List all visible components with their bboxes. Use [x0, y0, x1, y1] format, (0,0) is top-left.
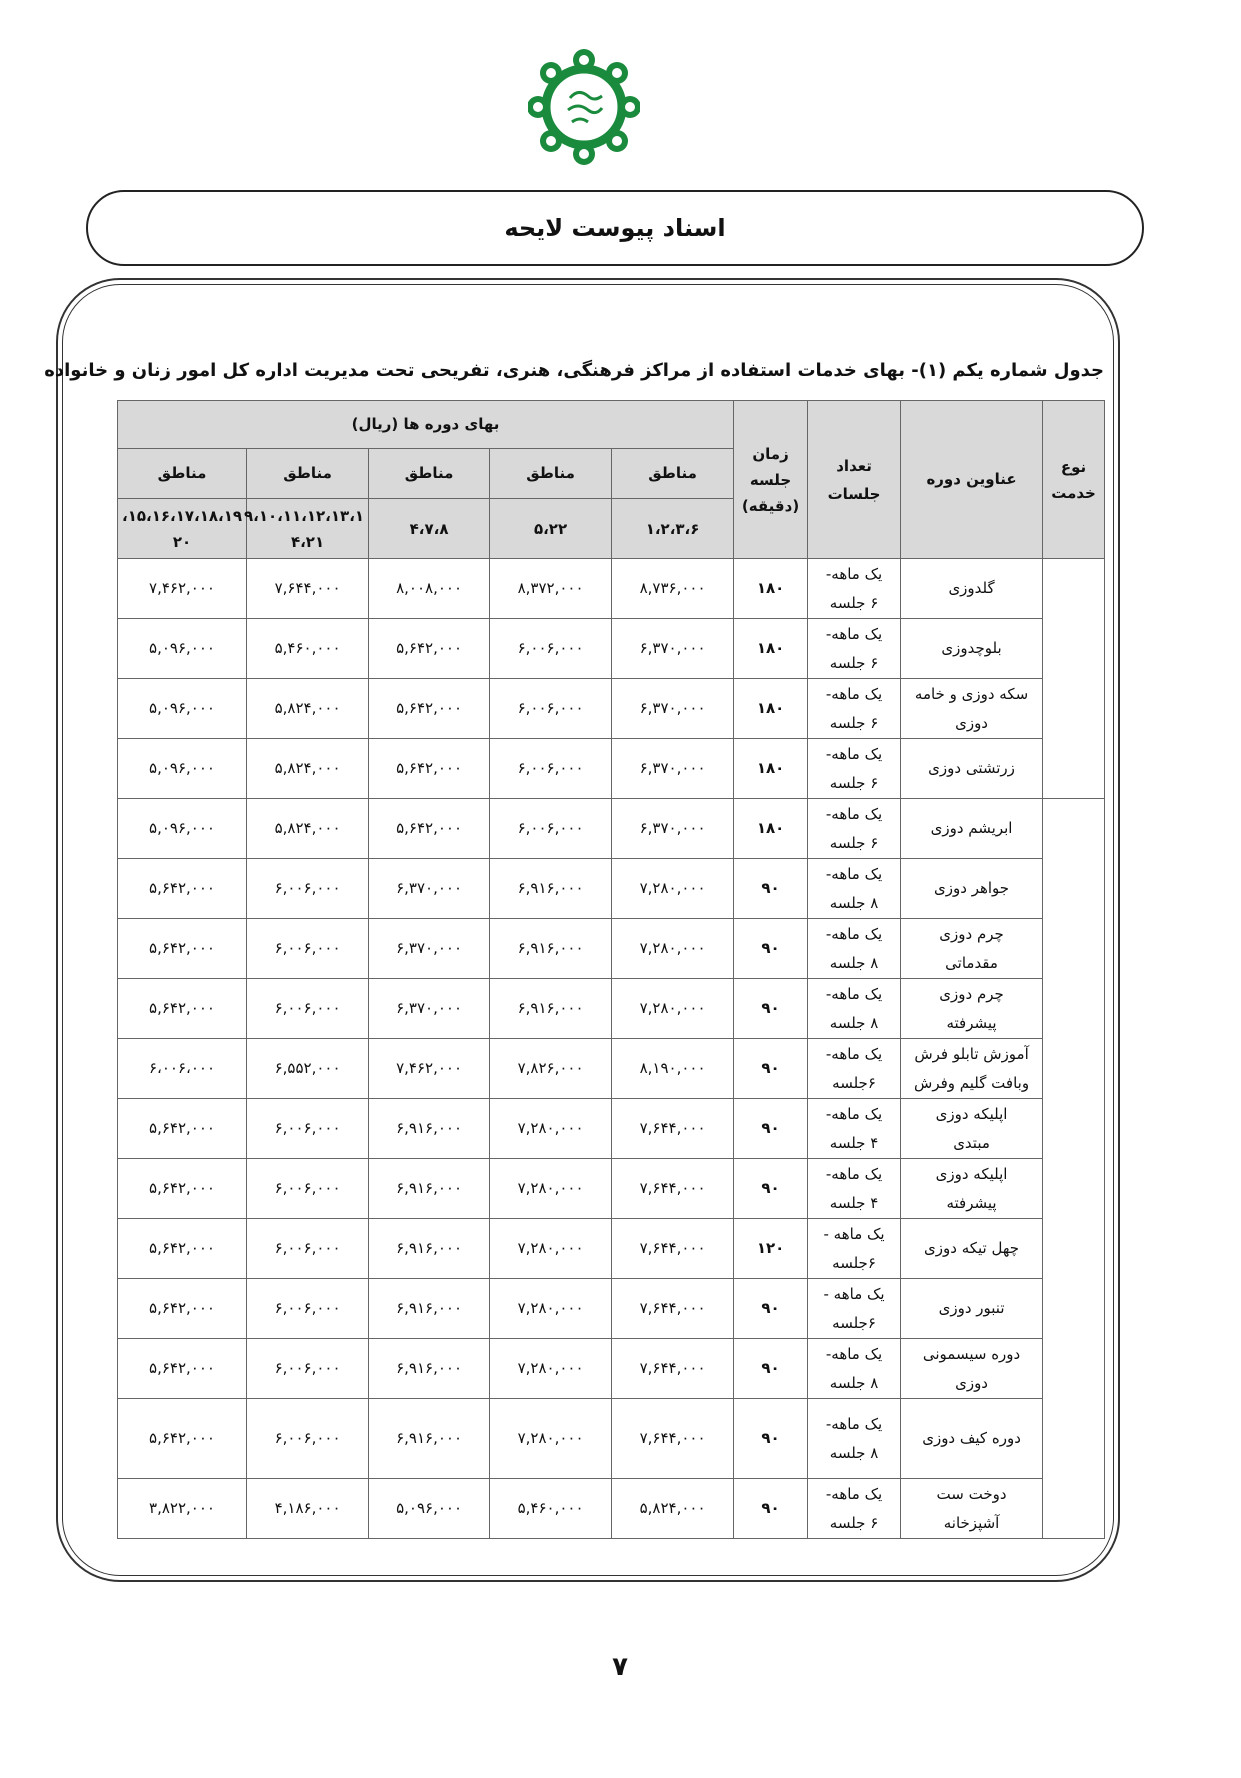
- price-cell-zone-group-4-line: ۶,۰۰۶,۰۰۰: [251, 874, 364, 903]
- price-cell-zone-group-1: ۶,۳۷۰,۰۰۰: [612, 619, 734, 679]
- price-cell-zone-group-3-line: ۶,۹۱۶,۰۰۰: [373, 1294, 485, 1323]
- course-title-cell-line: وبافت گلیم وفرش: [905, 1069, 1038, 1098]
- price-cell-zone-group-5-line: ۵,۶۴۲,۰۰۰: [122, 1234, 242, 1263]
- session-minutes-cell: ۹۰: [734, 979, 808, 1039]
- sessions-cell-line: یک ماهه-: [812, 1040, 896, 1069]
- price-cell-zone-group-4-line: ۵,۴۶۰,۰۰۰: [251, 634, 364, 663]
- price-cell-zone-group-5: ۶،۰۰۶،۰۰۰: [118, 1039, 247, 1099]
- sessions-cell: یک ماهه-۶جلسه: [808, 1039, 901, 1099]
- price-cell-zone-group-3-line: ۶,۹۱۶,۰۰۰: [373, 1174, 485, 1203]
- session-minutes-cell-line: ۹۰: [738, 994, 803, 1023]
- price-cell-zone-group-3: ۶,۳۷۰,۰۰۰: [369, 859, 490, 919]
- price-cell-zone-group-4: ۴,۱۸۶,۰۰۰: [247, 1479, 369, 1539]
- price-cell-zone-group-4: ۶,۰۰۶,۰۰۰: [247, 859, 369, 919]
- price-cell-zone-group-5-line: ۳,۸۲۲,۰۰۰: [122, 1494, 242, 1523]
- price-cell-zone-group-4: ۶,۰۰۶,۰۰۰: [247, 1159, 369, 1219]
- price-cell-zone-group-1-line: ۸,۱۹۰,۰۰۰: [616, 1054, 729, 1083]
- course-title-cell: تنبور دوزی: [901, 1279, 1043, 1339]
- session-minutes-cell: ۹۰: [734, 1479, 808, 1539]
- course-title-cell-line: ابریشم دوزی: [905, 814, 1038, 843]
- price-cell-zone-group-4: ۵,۸۲۴,۰۰۰: [247, 739, 369, 799]
- table-row: چهل تیکه دوزییک ماهه -۶جلسه۱۲۰۷,۶۴۴,۰۰۰۷…: [118, 1219, 1105, 1279]
- price-cell-zone-group-2: ۷,۲۸۰,۰۰۰: [490, 1099, 612, 1159]
- course-title-cell-line: چرم دوزی: [905, 980, 1038, 1009]
- table-row: چرم دوزیپیشرفتهیک ماهه-۸ جلسه۹۰۷,۲۸۰,۰۰۰…: [118, 979, 1105, 1039]
- price-cell-zone-group-4: ۶,۵۵۲,۰۰۰: [247, 1039, 369, 1099]
- price-cell-zone-group-3: ۶,۳۷۰,۰۰۰: [369, 919, 490, 979]
- sessions-cell: یک ماهه-۸ جلسه: [808, 979, 901, 1039]
- sessions-cell-line: یک ماهه-: [812, 980, 896, 1009]
- session-minutes-cell: ۱۲۰: [734, 1219, 808, 1279]
- price-cell-zone-group-1-line: ۷,۲۸۰,۰۰۰: [616, 994, 729, 1023]
- sessions-cell: یک ماهه -۶جلسه: [808, 1219, 901, 1279]
- session-minutes-cell-line: ۱۸۰: [738, 814, 803, 843]
- sessions-cell-line: یک ماهه-: [812, 860, 896, 889]
- session-minutes-cell-line: ۹۰: [738, 1054, 803, 1083]
- price-cell-zone-group-3-line: ۶,۳۷۰,۰۰۰: [373, 934, 485, 963]
- header-zone-group-1: ۱،۲،۳،۶: [612, 499, 734, 559]
- price-cell-zone-group-2-line: ۷,۲۸۰,۰۰۰: [494, 1174, 607, 1203]
- course-title-cell: ابریشم دوزی: [901, 799, 1043, 859]
- sessions-cell-line: ۸ جلسه: [812, 1009, 896, 1038]
- price-cell-zone-group-1: ۷,۶۴۴,۰۰۰: [612, 1219, 734, 1279]
- price-cell-zone-group-2-line: ۶,۹۱۶,۰۰۰: [494, 994, 607, 1023]
- sessions-cell: یک ماهه-۸ جلسه: [808, 1399, 901, 1479]
- zone-group-line: ۱۵،۱۶،۱۷،۱۸،۱۹،: [122, 503, 242, 529]
- course-title-cell: چهل تیکه دوزی: [901, 1219, 1043, 1279]
- table-row: سکه دوزی و خامهدوزییک ماهه-۶ جلسه۱۸۰۶,۳۷…: [118, 679, 1105, 739]
- price-cell-zone-group-2: ۶,۹۱۶,۰۰۰: [490, 859, 612, 919]
- page-number: ۷: [600, 1652, 640, 1682]
- price-cell-zone-group-3: ۶,۹۱۶,۰۰۰: [369, 1399, 490, 1479]
- price-cell-zone-group-3: ۵,۶۴۲,۰۰۰: [369, 619, 490, 679]
- price-cell-zone-group-5-line: ۵,۶۴۲,۰۰۰: [122, 1424, 242, 1453]
- sessions-cell: یک ماهه-۶ جلسه: [808, 619, 901, 679]
- session-minutes-cell-line: ۹۰: [738, 874, 803, 903]
- header-zone-group-2: ۵،۲۲: [490, 499, 612, 559]
- price-cell-zone-group-2: ۸,۳۷۲,۰۰۰: [490, 559, 612, 619]
- table-row: دوره سیسمونیدوزییک ماهه-۸ جلسه۹۰۷,۶۴۴,۰۰…: [118, 1339, 1105, 1399]
- price-cell-zone-group-1: ۵,۸۲۴,۰۰۰: [612, 1479, 734, 1539]
- price-cell-zone-group-2: ۶,۰۰۶,۰۰۰: [490, 619, 612, 679]
- price-cell-zone-group-4: ۵,۴۶۰,۰۰۰: [247, 619, 369, 679]
- price-cell-zone-group-2: ۶,۰۰۶,۰۰۰: [490, 679, 612, 739]
- sessions-cell-line: ۶ جلسه: [812, 769, 896, 798]
- course-title-cell: زرتشتی دوزی: [901, 739, 1043, 799]
- price-cell-zone-group-4: ۶,۰۰۶,۰۰۰: [247, 1339, 369, 1399]
- header-zones-2: مناطق: [490, 449, 612, 499]
- session-minutes-cell: ۹۰: [734, 1399, 808, 1479]
- header-course-title: عناوین دوره: [901, 401, 1043, 559]
- price-cell-zone-group-4: ۵,۸۲۴,۰۰۰: [247, 799, 369, 859]
- sessions-cell-line: ۴ جلسه: [812, 1189, 896, 1218]
- price-cell-zone-group-4-line: ۶,۰۰۶,۰۰۰: [251, 1234, 364, 1263]
- sessions-cell-line: ۸ جلسه: [812, 889, 896, 918]
- price-cell-zone-group-2-line: ۸,۳۷۲,۰۰۰: [494, 574, 607, 603]
- session-minutes-cell: ۱۸۰: [734, 739, 808, 799]
- price-cell-zone-group-5-line: ۷,۴۶۲,۰۰۰: [122, 574, 242, 603]
- course-title-cell-line: پیشرفته: [905, 1009, 1038, 1038]
- price-cell-zone-group-4: ۶,۰۰۶,۰۰۰: [247, 1279, 369, 1339]
- price-cell-zone-group-1-line: ۷,۶۴۴,۰۰۰: [616, 1424, 729, 1453]
- price-cell-zone-group-1: ۷,۶۴۴,۰۰۰: [612, 1279, 734, 1339]
- header-zones-5: مناطق: [118, 449, 247, 499]
- price-cell-zone-group-5-line: ۵,۰۹۶,۰۰۰: [122, 754, 242, 783]
- sessions-cell-line: ۶ جلسه: [812, 649, 896, 678]
- sessions-cell: یک ماهه-۶ جلسه: [808, 739, 901, 799]
- sessions-cell-line: یک ماهه-: [812, 680, 896, 709]
- price-cell-zone-group-3: ۶,۹۱۶,۰۰۰: [369, 1339, 490, 1399]
- table-row: اپلیکه دوزیپیشرفتهیک ماهه-۴ جلسه۹۰۷,۶۴۴,…: [118, 1159, 1105, 1219]
- course-title-cell: سکه دوزی و خامهدوزی: [901, 679, 1043, 739]
- session-minutes-cell-line: ۱۸۰: [738, 694, 803, 723]
- price-cell-zone-group-5-line: ۵,۶۴۲,۰۰۰: [122, 994, 242, 1023]
- price-cell-zone-group-5: ۳,۸۲۲,۰۰۰: [118, 1479, 247, 1539]
- table-row: آموزش تابلو فرشوبافت گلیم وفرشیک ماهه-۶ج…: [118, 1039, 1105, 1099]
- sessions-cell-line: ۸ جلسه: [812, 1439, 896, 1468]
- service-type-cell: [1043, 559, 1105, 799]
- course-title-cell-line: دوزی: [905, 1369, 1038, 1398]
- price-cell-zone-group-1-line: ۷,۲۸۰,۰۰۰: [616, 874, 729, 903]
- header-price-group: بهای دوره ها (ریال): [118, 401, 734, 449]
- price-cell-zone-group-5: ۵,۶۴۲,۰۰۰: [118, 1099, 247, 1159]
- price-cell-zone-group-5: ۵,۶۴۲,۰۰۰: [118, 1339, 247, 1399]
- price-cell-zone-group-2-line: ۶,۰۰۶,۰۰۰: [494, 814, 607, 843]
- price-cell-zone-group-4: ۶,۰۰۶,۰۰۰: [247, 1099, 369, 1159]
- zone-group-line: ۴،۲۱: [251, 529, 364, 555]
- course-title-cell: آموزش تابلو فرشوبافت گلیم وفرش: [901, 1039, 1043, 1099]
- price-cell-zone-group-5: ۵,۶۴۲,۰۰۰: [118, 1159, 247, 1219]
- price-cell-zone-group-4: ۶,۰۰۶,۰۰۰: [247, 979, 369, 1039]
- price-cell-zone-group-3: ۶,۳۷۰,۰۰۰: [369, 979, 490, 1039]
- course-title-cell-line: آموزش تابلو فرش: [905, 1040, 1038, 1069]
- price-cell-zone-group-2: ۶,۰۰۶,۰۰۰: [490, 739, 612, 799]
- course-title-cell-line: جواهر دوزی: [905, 874, 1038, 903]
- price-cell-zone-group-5-line: ۶،۰۰۶،۰۰۰: [122, 1054, 242, 1083]
- price-cell-zone-group-2-line: ۶,۰۰۶,۰۰۰: [494, 634, 607, 663]
- sessions-cell-line: یک ماهه-: [812, 1100, 896, 1129]
- price-cell-zone-group-2-line: ۵,۴۶۰,۰۰۰: [494, 1494, 607, 1523]
- zone-group-line: ۵،۲۲: [494, 516, 607, 542]
- price-cell-zone-group-1: ۷,۶۴۴,۰۰۰: [612, 1099, 734, 1159]
- course-title-cell-line: دوره کیف دوزی: [905, 1424, 1038, 1453]
- price-cell-zone-group-4-line: ۶,۰۰۶,۰۰۰: [251, 1114, 364, 1143]
- price-cell-zone-group-4-line: ۶,۵۵۲,۰۰۰: [251, 1054, 364, 1083]
- header-zone-group-5: ۱۵،۱۶،۱۷،۱۸،۱۹،۲۰: [118, 499, 247, 559]
- session-minutes-cell: ۱۸۰: [734, 799, 808, 859]
- price-cell-zone-group-2: ۷,۲۸۰,۰۰۰: [490, 1279, 612, 1339]
- price-cell-zone-group-2: ۶,۹۱۶,۰۰۰: [490, 919, 612, 979]
- sessions-cell-line: ۶جلسه: [812, 1309, 896, 1338]
- price-cell-zone-group-1: ۷,۲۸۰,۰۰۰: [612, 979, 734, 1039]
- sessions-cell-line: یک ماهه-: [812, 1480, 896, 1509]
- session-minutes-cell-line: ۱۸۰: [738, 754, 803, 783]
- price-cell-zone-group-3-line: ۵,۶۴۲,۰۰۰: [373, 634, 485, 663]
- course-title-cell: اپلیکه دوزیپیشرفته: [901, 1159, 1043, 1219]
- price-cell-zone-group-1-line: ۶,۳۷۰,۰۰۰: [616, 754, 729, 783]
- sessions-cell: یک ماهه-۴ جلسه: [808, 1159, 901, 1219]
- sessions-cell-line: یک ماهه-: [812, 1340, 896, 1369]
- price-cell-zone-group-3-line: ۶,۳۷۰,۰۰۰: [373, 874, 485, 903]
- course-title-cell-line: اپلیکه دوزی: [905, 1160, 1038, 1189]
- price-cell-zone-group-2-line: ۷,۸۲۶,۰۰۰: [494, 1054, 607, 1083]
- session-minutes-cell-line: ۹۰: [738, 1114, 803, 1143]
- price-cell-zone-group-2-line: ۷,۲۸۰,۰۰۰: [494, 1294, 607, 1323]
- price-cell-zone-group-4-line: ۶,۰۰۶,۰۰۰: [251, 994, 364, 1023]
- price-cell-zone-group-4-line: ۶,۰۰۶,۰۰۰: [251, 1174, 364, 1203]
- course-title-cell-line: زرتشتی دوزی: [905, 754, 1038, 783]
- price-cell-zone-group-4-line: ۶,۰۰۶,۰۰۰: [251, 1294, 364, 1323]
- sessions-cell-line: ۸ جلسه: [812, 949, 896, 978]
- table-row: اپلیکه دوزیمبتدییک ماهه-۴ جلسه۹۰۷,۶۴۴,۰۰…: [118, 1099, 1105, 1159]
- sessions-cell: یک ماهه-۸ جلسه: [808, 859, 901, 919]
- price-cell-zone-group-1-line: ۶,۳۷۰,۰۰۰: [616, 814, 729, 843]
- course-title-cell: دوره کیف دوزی: [901, 1399, 1043, 1479]
- price-cell-zone-group-2-line: ۶,۹۱۶,۰۰۰: [494, 934, 607, 963]
- price-cell-zone-group-3-line: ۶,۹۱۶,۰۰۰: [373, 1114, 485, 1143]
- price-cell-zone-group-3-line: ۶,۹۱۶,۰۰۰: [373, 1354, 485, 1383]
- price-cell-zone-group-5-line: ۵,۰۹۶,۰۰۰: [122, 694, 242, 723]
- sessions-cell: یک ماهه-۶ جلسه: [808, 1479, 901, 1539]
- price-cell-zone-group-4: ۶,۰۰۶,۰۰۰: [247, 919, 369, 979]
- price-cell-zone-group-3: ۵,۰۹۶,۰۰۰: [369, 1479, 490, 1539]
- sessions-cell-line: ۶ جلسه: [812, 709, 896, 738]
- price-cell-zone-group-2: ۷,۲۸۰,۰۰۰: [490, 1159, 612, 1219]
- price-cell-zone-group-5: ۵,۶۴۲,۰۰۰: [118, 859, 247, 919]
- price-cell-zone-group-3: ۶,۹۱۶,۰۰۰: [369, 1099, 490, 1159]
- course-title-cell: دوره سیسمونیدوزی: [901, 1339, 1043, 1399]
- session-minutes-cell-line: ۹۰: [738, 1424, 803, 1453]
- sessions-cell: یک ماهه -۶جلسه: [808, 1279, 901, 1339]
- header-zone-group-4: ۹،۱۰،۱۱،۱۲،۱۳،۱۴،۲۱: [247, 499, 369, 559]
- course-title-cell: چرم دوزیپیشرفته: [901, 979, 1043, 1039]
- session-minutes-cell-line: ۹۰: [738, 934, 803, 963]
- sessions-cell-line: ۶جلسه: [812, 1069, 896, 1098]
- service-type-cell: [1043, 799, 1105, 1539]
- course-title-cell: جواهر دوزی: [901, 859, 1043, 919]
- price-cell-zone-group-4-line: ۷,۶۴۴,۰۰۰: [251, 574, 364, 603]
- table-row: تنبور دوزییک ماهه -۶جلسه۹۰۷,۶۴۴,۰۰۰۷,۲۸۰…: [118, 1279, 1105, 1339]
- table-row: چرم دوزیمقدماتییک ماهه-۸ جلسه۹۰۷,۲۸۰,۰۰۰…: [118, 919, 1105, 979]
- price-cell-zone-group-3-line: ۶,۳۷۰,۰۰۰: [373, 994, 485, 1023]
- sessions-cell-line: ۶ جلسه: [812, 829, 896, 858]
- price-cell-zone-group-5: ۵,۰۹۶,۰۰۰: [118, 619, 247, 679]
- session-minutes-cell-line: ۹۰: [738, 1174, 803, 1203]
- course-title-cell-line: آشپزخانه: [905, 1509, 1038, 1538]
- price-cell-zone-group-5-line: ۵,۶۴۲,۰۰۰: [122, 1114, 242, 1143]
- session-minutes-cell-line: ۱۸۰: [738, 574, 803, 603]
- price-cell-zone-group-3: ۶,۹۱۶,۰۰۰: [369, 1219, 490, 1279]
- price-cell-zone-group-2-line: ۶,۰۰۶,۰۰۰: [494, 694, 607, 723]
- header-zones-3: مناطق: [369, 449, 490, 499]
- price-cell-zone-group-5-line: ۵,۶۴۲,۰۰۰: [122, 1354, 242, 1383]
- session-minutes-cell: ۹۰: [734, 1339, 808, 1399]
- price-cell-zone-group-5: ۷,۴۶۲,۰۰۰: [118, 559, 247, 619]
- price-cell-zone-group-5: ۵,۰۹۶,۰۰۰: [118, 739, 247, 799]
- session-minutes-cell: ۱۸۰: [734, 619, 808, 679]
- price-cell-zone-group-2-line: ۷,۲۸۰,۰۰۰: [494, 1354, 607, 1383]
- price-cell-zone-group-3-line: ۵,۶۴۲,۰۰۰: [373, 694, 485, 723]
- sessions-cell: یک ماهه-۸ جلسه: [808, 1339, 901, 1399]
- sessions-cell-line: یک ماهه-: [812, 740, 896, 769]
- course-title-cell: اپلیکه دوزیمبتدی: [901, 1099, 1043, 1159]
- price-cell-zone-group-4: ۶,۰۰۶,۰۰۰: [247, 1219, 369, 1279]
- price-cell-zone-group-2: ۶,۰۰۶,۰۰۰: [490, 799, 612, 859]
- price-cell-zone-group-4: ۷,۶۴۴,۰۰۰: [247, 559, 369, 619]
- price-cell-zone-group-1-line: ۶,۳۷۰,۰۰۰: [616, 634, 729, 663]
- sessions-cell-line: یک ماهه-: [812, 920, 896, 949]
- sessions-cell-line: ۶جلسه: [812, 1249, 896, 1278]
- price-cell-zone-group-1: ۶,۳۷۰,۰۰۰: [612, 799, 734, 859]
- course-title-cell-line: دوره سیسمونی: [905, 1340, 1038, 1369]
- session-minutes-cell: ۱۸۰: [734, 559, 808, 619]
- course-title-cell-line: بلوچدوزی: [905, 634, 1038, 663]
- price-cell-zone-group-1-line: ۷,۲۸۰,۰۰۰: [616, 934, 729, 963]
- price-cell-zone-group-3-line: ۸,۰۰۸,۰۰۰: [373, 574, 485, 603]
- price-cell-zone-group-4-line: ۴,۱۸۶,۰۰۰: [251, 1494, 364, 1523]
- price-cell-zone-group-1: ۷,۲۸۰,۰۰۰: [612, 919, 734, 979]
- sessions-cell-line: یک ماهه-: [812, 560, 896, 589]
- header-session-time: زمان جلسه (دقیقه): [734, 401, 808, 559]
- zone-group-line: ۱،۲،۳،۶: [616, 516, 729, 542]
- session-minutes-cell: ۱۸۰: [734, 679, 808, 739]
- course-title-cell-line: تنبور دوزی: [905, 1294, 1038, 1323]
- price-cell-zone-group-4-line: ۵,۸۲۴,۰۰۰: [251, 694, 364, 723]
- course-title-cell-line: مبتدی: [905, 1129, 1038, 1158]
- price-cell-zone-group-3: ۷,۴۶۲,۰۰۰: [369, 1039, 490, 1099]
- course-title-cell-line: چرم دوزی: [905, 920, 1038, 949]
- course-title-cell-line: گلدوزی: [905, 574, 1038, 603]
- price-cell-zone-group-1: ۶,۳۷۰,۰۰۰: [612, 739, 734, 799]
- session-minutes-cell: ۹۰: [734, 919, 808, 979]
- price-cell-zone-group-2-line: ۷,۲۸۰,۰۰۰: [494, 1234, 607, 1263]
- price-cell-zone-group-3-line: ۶,۹۱۶,۰۰۰: [373, 1234, 485, 1263]
- sessions-cell-line: یک ماهه-: [812, 620, 896, 649]
- sessions-cell-line: ۸ جلسه: [812, 1369, 896, 1398]
- course-title-cell: دوخت ستآشپزخانه: [901, 1479, 1043, 1539]
- header-zones-1: مناطق: [612, 449, 734, 499]
- price-cell-zone-group-1: ۷,۶۴۴,۰۰۰: [612, 1159, 734, 1219]
- price-cell-zone-group-1-line: ۷,۶۴۴,۰۰۰: [616, 1174, 729, 1203]
- price-cell-zone-group-3: ۶,۹۱۶,۰۰۰: [369, 1279, 490, 1339]
- table-row: زرتشتی دوزییک ماهه-۶ جلسه۱۸۰۶,۳۷۰,۰۰۰۶,۰…: [118, 739, 1105, 799]
- sessions-cell: یک ماهه-۴ جلسه: [808, 1099, 901, 1159]
- header-zone-group-3: ۴،۷،۸: [369, 499, 490, 559]
- course-title-cell-line: پیشرفته: [905, 1189, 1038, 1218]
- price-cell-zone-group-2-line: ۷,۲۸۰,۰۰۰: [494, 1424, 607, 1453]
- sessions-cell: یک ماهه-۶ جلسه: [808, 559, 901, 619]
- price-cell-zone-group-1: ۸,۷۳۶,۰۰۰: [612, 559, 734, 619]
- session-minutes-cell: ۹۰: [734, 1159, 808, 1219]
- session-minutes-cell-line: ۱۲۰: [738, 1234, 803, 1263]
- price-cell-zone-group-2: ۷,۸۲۶,۰۰۰: [490, 1039, 612, 1099]
- price-cell-zone-group-2: ۷,۲۸۰,۰۰۰: [490, 1399, 612, 1479]
- document-title-box: اسناد پیوست لایحه: [86, 190, 1144, 266]
- price-cell-zone-group-5: ۵,۶۴۲,۰۰۰: [118, 979, 247, 1039]
- price-cell-zone-group-4-line: ۵,۸۲۴,۰۰۰: [251, 754, 364, 783]
- course-title-cell: بلوچدوزی: [901, 619, 1043, 679]
- course-title-cell-line: دوزی: [905, 709, 1038, 738]
- session-minutes-cell: ۹۰: [734, 1039, 808, 1099]
- sessions-cell: یک ماهه-۸ جلسه: [808, 919, 901, 979]
- price-cell-zone-group-3-line: ۷,۴۶۲,۰۰۰: [373, 1054, 485, 1083]
- price-cell-zone-group-3-line: ۶,۹۱۶,۰۰۰: [373, 1424, 485, 1453]
- price-cell-zone-group-5: ۵,۶۴۲,۰۰۰: [118, 1279, 247, 1339]
- price-cell-zone-group-5: ۵,۶۴۲,۰۰۰: [118, 1219, 247, 1279]
- price-cell-zone-group-5: ۵,۶۴۲,۰۰۰: [118, 1399, 247, 1479]
- price-cell-zone-group-4-line: ۵,۸۲۴,۰۰۰: [251, 814, 364, 843]
- price-cell-zone-group-5-line: ۵,۶۴۲,۰۰۰: [122, 934, 242, 963]
- table-row: دوخت ستآشپزخانهیک ماهه-۶ جلسه۹۰۵,۸۲۴,۰۰۰…: [118, 1479, 1105, 1539]
- price-cell-zone-group-3-line: ۵,۶۴۲,۰۰۰: [373, 754, 485, 783]
- table-row: بلوچدوزییک ماهه-۶ جلسه۱۸۰۶,۳۷۰,۰۰۰۶,۰۰۶,…: [118, 619, 1105, 679]
- price-cell-zone-group-1: ۷,۶۴۴,۰۰۰: [612, 1399, 734, 1479]
- course-title-cell-line: دوخت ست: [905, 1480, 1038, 1509]
- header-service-type: نوع خدمت: [1043, 401, 1105, 559]
- zone-group-line: ۲۰: [122, 529, 242, 555]
- table-row: ابریشم دوزییک ماهه-۶ جلسه۱۸۰۶,۳۷۰,۰۰۰۶,۰…: [118, 799, 1105, 859]
- sessions-cell-line: یک ماهه-: [812, 1410, 896, 1439]
- course-price-table: نوع خدمت عناوین دوره تعداد جلسات زمان جل…: [117, 400, 1105, 1539]
- session-minutes-cell-line: ۹۰: [738, 1294, 803, 1323]
- price-cell-zone-group-1-line: ۷,۶۴۴,۰۰۰: [616, 1354, 729, 1383]
- price-cell-zone-group-5-line: ۵,۶۴۲,۰۰۰: [122, 1174, 242, 1203]
- price-cell-zone-group-3: ۶,۹۱۶,۰۰۰: [369, 1159, 490, 1219]
- price-cell-zone-group-2: ۶,۹۱۶,۰۰۰: [490, 979, 612, 1039]
- sessions-cell-line: ۴ جلسه: [812, 1129, 896, 1158]
- price-cell-zone-group-4: ۵,۸۲۴,۰۰۰: [247, 679, 369, 739]
- session-minutes-cell: ۹۰: [734, 859, 808, 919]
- sessions-cell-line: یک ماهه -: [812, 1220, 896, 1249]
- table-row: جواهر دوزییک ماهه-۸ جلسه۹۰۷,۲۸۰,۰۰۰۶,۹۱۶…: [118, 859, 1105, 919]
- price-cell-zone-group-4-line: ۶,۰۰۶,۰۰۰: [251, 934, 364, 963]
- header-zones-4: مناطق: [247, 449, 369, 499]
- price-cell-zone-group-1-line: ۸,۷۳۶,۰۰۰: [616, 574, 729, 603]
- price-cell-zone-group-4-line: ۶,۰۰۶,۰۰۰: [251, 1424, 364, 1453]
- session-minutes-cell-line: ۹۰: [738, 1354, 803, 1383]
- course-title-cell-line: سکه دوزی و خامه: [905, 680, 1038, 709]
- price-cell-zone-group-2: ۷,۲۸۰,۰۰۰: [490, 1339, 612, 1399]
- price-cell-zone-group-3-line: ۵,۰۹۶,۰۰۰: [373, 1494, 485, 1523]
- sessions-cell-line: یک ماهه-: [812, 800, 896, 829]
- course-title-cell-line: اپلیکه دوزی: [905, 1100, 1038, 1129]
- price-cell-zone-group-4-line: ۶,۰۰۶,۰۰۰: [251, 1354, 364, 1383]
- price-cell-zone-group-3: ۵,۶۴۲,۰۰۰: [369, 799, 490, 859]
- price-cell-zone-group-2: ۵,۴۶۰,۰۰۰: [490, 1479, 612, 1539]
- price-cell-zone-group-2-line: ۶,۹۱۶,۰۰۰: [494, 874, 607, 903]
- price-cell-zone-group-1: ۶,۳۷۰,۰۰۰: [612, 679, 734, 739]
- header-sessions-count: تعداد جلسات: [808, 401, 901, 559]
- price-cell-zone-group-1-line: ۵,۸۲۴,۰۰۰: [616, 1494, 729, 1523]
- course-title-cell: گلدوزی: [901, 559, 1043, 619]
- table-row: دوره کیف دوزییک ماهه-۸ جلسه۹۰۷,۶۴۴,۰۰۰۷,…: [118, 1399, 1105, 1479]
- sessions-cell: یک ماهه-۶ جلسه: [808, 679, 901, 739]
- price-cell-zone-group-3: ۵,۶۴۲,۰۰۰: [369, 679, 490, 739]
- course-title-cell-line: چهل تیکه دوزی: [905, 1234, 1038, 1263]
- sessions-cell: یک ماهه-۶ جلسه: [808, 799, 901, 859]
- price-cell-zone-group-5-line: ۵,۰۹۶,۰۰۰: [122, 814, 242, 843]
- document-title: اسناد پیوست لایحه: [504, 214, 725, 242]
- price-cell-zone-group-3-line: ۵,۶۴۲,۰۰۰: [373, 814, 485, 843]
- sessions-cell-line: ۶ جلسه: [812, 589, 896, 618]
- course-title-cell: چرم دوزیمقدماتی: [901, 919, 1043, 979]
- sessions-cell-line: یک ماهه-: [812, 1160, 896, 1189]
- price-cell-zone-group-1-line: ۷,۶۴۴,۰۰۰: [616, 1294, 729, 1323]
- price-cell-zone-group-2-line: ۶,۰۰۶,۰۰۰: [494, 754, 607, 783]
- zone-group-line: ۴،۷،۸: [373, 516, 485, 542]
- table-row: گلدوزییک ماهه-۶ جلسه۱۸۰۸,۷۳۶,۰۰۰۸,۳۷۲,۰۰…: [118, 559, 1105, 619]
- price-cell-zone-group-5-line: ۵,۶۴۲,۰۰۰: [122, 1294, 242, 1323]
